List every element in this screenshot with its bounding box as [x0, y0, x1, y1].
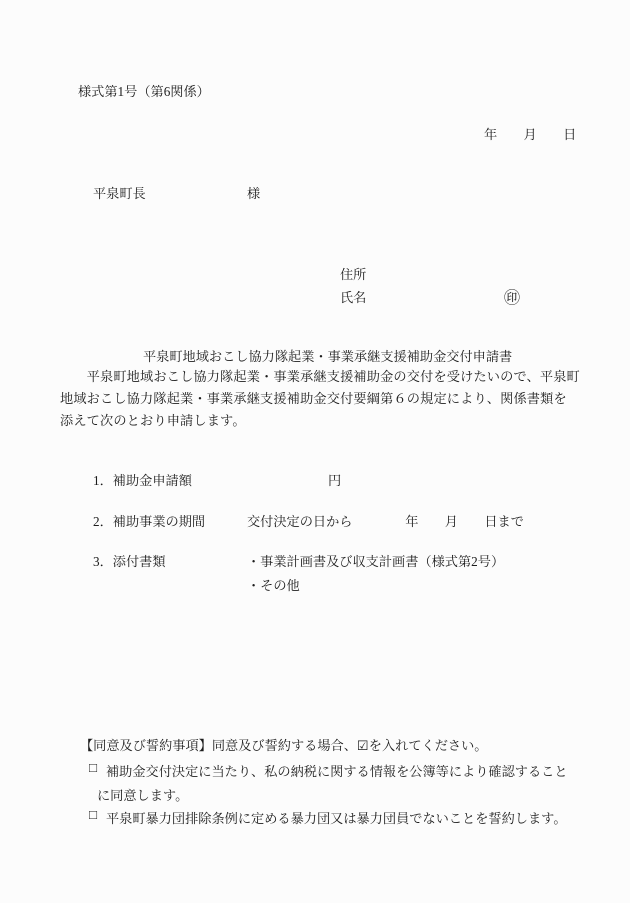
consent-checkbox-2[interactable]: □: [89, 807, 97, 823]
item2-period-text: 交付決定の日から 年 月 日まで: [247, 511, 524, 530]
item1-amount-unit: 円: [328, 470, 341, 489]
consent-item-2-line-1: 平泉町暴力団排除条例に定める暴力団又は暴力団員でないことを誓約します。: [106, 808, 567, 827]
name-label: 氏名: [340, 287, 366, 306]
consent-item-1-line-1: 補助金交付決定に当たり、私の納税に関する情報を公簿等により確認すること: [106, 761, 568, 780]
item1-heading: 1．補助金申請額: [93, 470, 192, 489]
document-title: 平泉町地域おこし協力隊起業・事業承継支援補助金交付申請書: [143, 346, 512, 365]
consent-section-heading: 【同意及び誓約事項】同意及び誓約する場合、☑を入れてください。: [80, 735, 487, 754]
item3-attachment-2: ・その他: [247, 575, 300, 594]
form-number-label: 様式第1号（第6関係）: [78, 81, 210, 100]
body-line: 添えて次のとおり申請します。: [60, 410, 572, 432]
date-line: 年 月 日: [484, 124, 576, 143]
body-line: 平泉町地域おこし協力隊起業・事業承継支援補助金の交付を受けたいので、平泉町: [60, 366, 572, 388]
addressee-label: 平泉町長: [93, 183, 146, 202]
seal-mark-icon: ㊞: [504, 285, 520, 308]
addressee-honorific: 様: [247, 183, 260, 202]
item2-heading: 2．補助事業の期間: [93, 511, 205, 530]
body-line: 地域おこし協力隊起業・事業承継支援補助金交付要綱第６の規定により、関係書類を: [60, 388, 572, 410]
consent-item-1-line-2: に同意します。: [97, 785, 188, 804]
address-label: 住所: [340, 264, 366, 283]
item3-attachment-1: ・事業計画書及び収支計画書（様式第2号）: [247, 551, 504, 570]
item3-heading: 3．添付書類: [93, 551, 166, 570]
application-form-page: 様式第1号（第6関係） 年 月 日 平泉町長 様 住所 氏名 ㊞ 平泉町地域おこ…: [0, 0, 630, 903]
consent-checkbox-1[interactable]: □: [89, 760, 97, 776]
body-paragraph: 平泉町地域おこし協力隊起業・事業承継支援補助金の交付を受けたいので、平泉町 地域…: [60, 366, 572, 432]
